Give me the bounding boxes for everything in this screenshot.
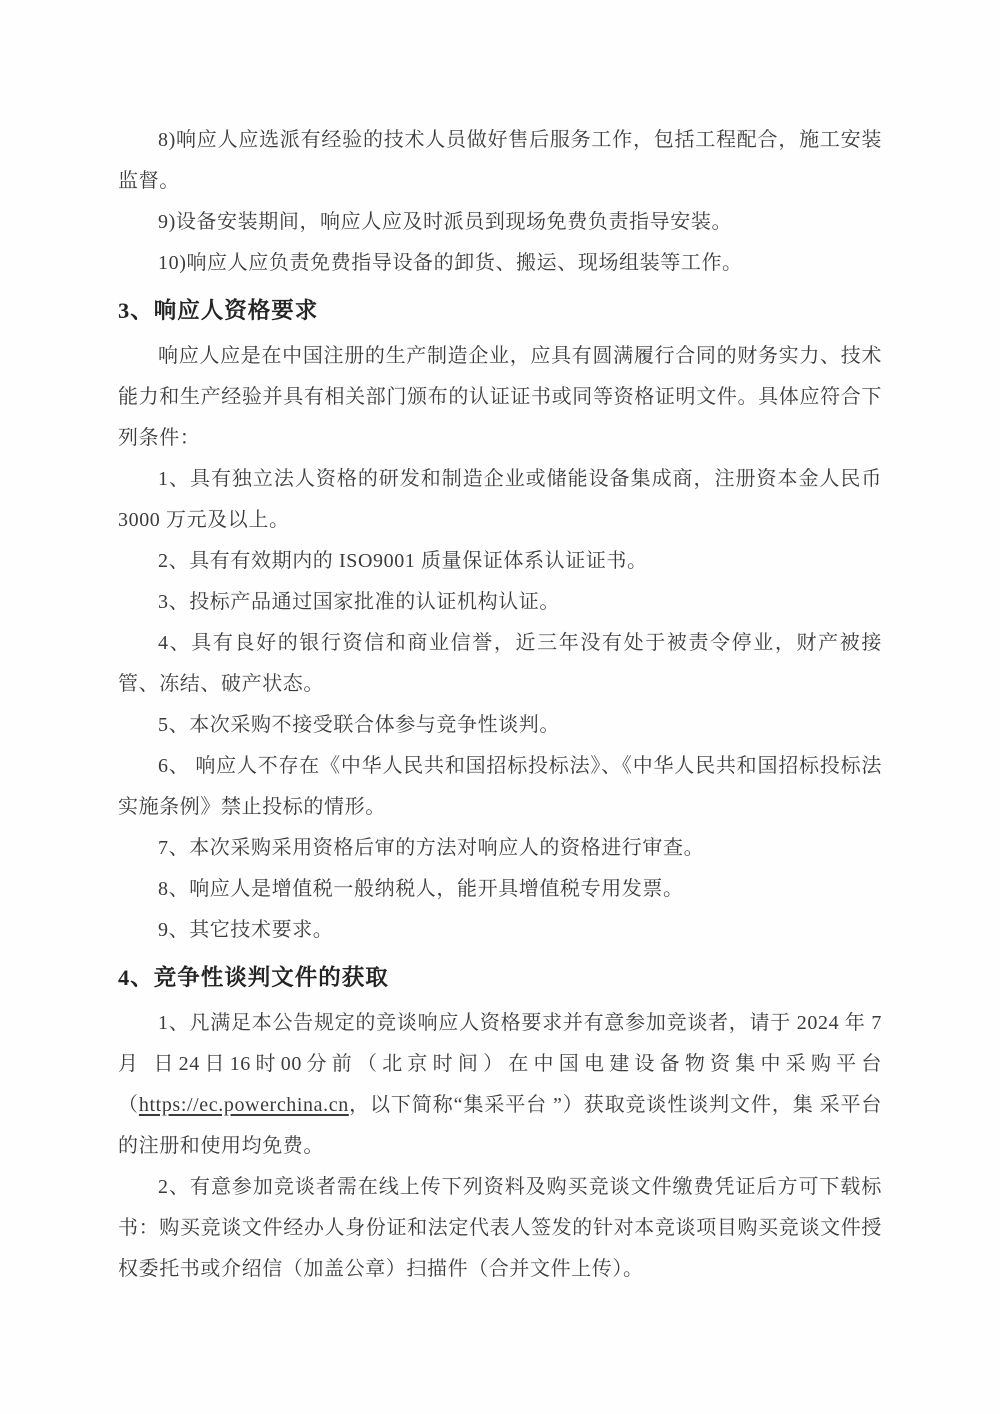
ec-powerchina-link[interactable]: https://ec.powerchina.cn — [139, 1094, 349, 1116]
qualification-item-9: 9、其它技术要求。 — [118, 910, 882, 951]
para-unloading-guidance-10: 10)响应人应负责免费指导设备的卸货、搬运、现场组装等工作。 — [118, 243, 882, 284]
section3-heading: 3、响应人资格要求 — [118, 288, 882, 334]
para-aftersales-staffing-8: 8)响应人应选派有经验的技术人员做好售后服务工作，包括工程配合，施工安装监督。 — [118, 120, 882, 202]
qualification-item-5: 5、本次采购不接受联合体参与竞争性谈判。 — [118, 705, 882, 746]
qualification-item-7: 7、本次采购采用资格后审的方法对响应人的资格进行审查。 — [118, 828, 882, 869]
para-obtain-documents-1: 1、凡满足本公告规定的竞谈响应人资格要求并有意参加竞谈者，请于 2024 年 7… — [118, 1003, 882, 1167]
qualification-item-8: 8、响应人是增值税一般纳税人，能开具增值税专用发票。 — [118, 869, 882, 910]
qualification-item-2: 2、具有有效期内的 ISO9001 质量保证体系认证证书。 — [118, 541, 882, 582]
section4-heading: 4、竞争性谈判文件的获取 — [118, 955, 882, 1001]
para-install-guidance-9: 9)设备安装期间，响应人应及时派员到现场免费负责指导安装。 — [118, 202, 882, 243]
document-page: 8)响应人应选派有经验的技术人员做好售后服务工作，包括工程配合，施工安装监督。 … — [0, 0, 1000, 1414]
qualification-item-4: 4、具有良好的银行资信和商业信誉，近三年没有处于被责令停业，财产被接管、冻结、破… — [118, 623, 882, 705]
document-content: 8)响应人应选派有经验的技术人员做好售后服务工作，包括工程配合，施工安装监督。 … — [118, 120, 882, 1290]
para-upload-materials-2: 2、有意参加竞谈者需在线上传下列资料及购买竞谈文件缴费凭证后方可下载标书：购买竞… — [118, 1167, 882, 1290]
section3-intro-paragraph: 响应人应是在中国注册的生产制造企业，应具有圆满履行合同的财务实力、技术能力和生产… — [118, 336, 882, 459]
qualification-item-6: 6、 响应人不存在《中华人民共和国招标投标法》、《中华人民共和国招标投标法实施条… — [118, 746, 882, 828]
qualification-item-1: 1、具有独立法人资格的研发和制造企业或储能设备集成商，注册资本金人民币 3000… — [118, 459, 882, 541]
qualification-item-3: 3、投标产品通过国家批准的认证机构认证。 — [118, 582, 882, 623]
